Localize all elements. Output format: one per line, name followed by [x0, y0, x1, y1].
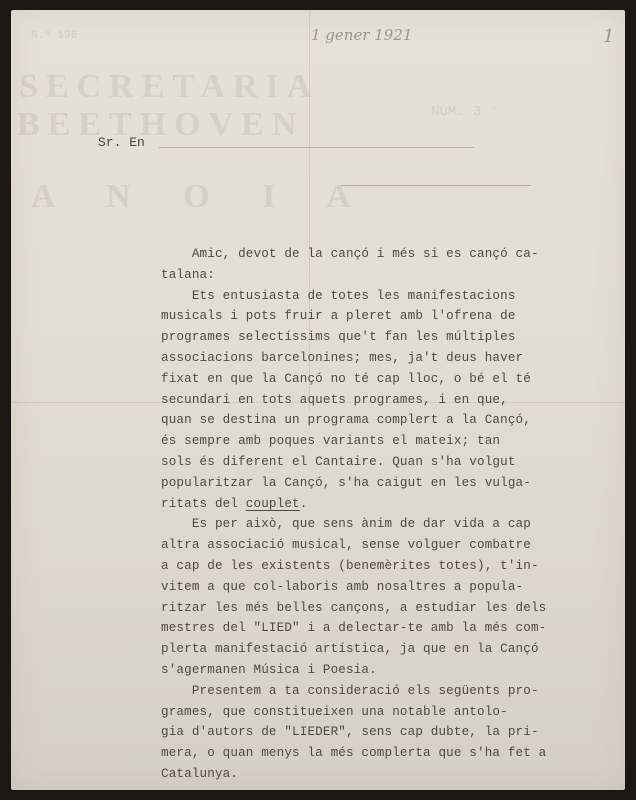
body-line: Ets entusiasta de totes les manifestacio…: [161, 286, 551, 307]
body-line: vitem a que col-laboris amb nosaltres a …: [161, 577, 551, 598]
body-line: grames, que constitueixen una notable an…: [161, 702, 551, 723]
body-line: secundari en tots aquets programes, i en…: [161, 390, 551, 411]
body-line: Catalunya.: [161, 764, 551, 785]
body-line: Es per això, que sens ànim de dar vida a…: [161, 514, 551, 535]
letter-body: Amic, devot de la cançó i més si es canç…: [161, 244, 551, 785]
ghost-stamp: N.º 196: [31, 30, 77, 42]
body-line: Presentem a ta consideració els següents…: [161, 681, 551, 702]
recipient-name-line: [159, 147, 474, 148]
body-line: altra associació musical, sense volguer …: [161, 535, 551, 556]
body-line: s'agermanen Música i Poesia.: [161, 660, 551, 681]
underlined-word: couplet: [246, 497, 300, 511]
body-line: fixat en que la Cançó no té cap lloc, o …: [161, 369, 551, 390]
handwritten-date: 1 gener 1921: [311, 26, 412, 44]
body-line: mera, o quan menys la més complerta que …: [161, 743, 551, 764]
letterhead-ghost-line2: BEETHOVEN: [17, 106, 304, 144]
ghost-stamp-right: NÚM. 3 °: [431, 104, 498, 120]
body-line: talana:: [161, 265, 551, 286]
body-line: sols és diferent el Cantaire. Quan s'ha …: [161, 452, 551, 473]
recipient-address-line: [341, 185, 531, 186]
body-line: és sempre amb poques variants el mateix;…: [161, 431, 551, 452]
letterhead-ghost-line1: SECRETARIA: [19, 68, 319, 106]
letter-page: N.º 196 SECRETARIA BEETHOVEN A N O I A N…: [11, 10, 625, 790]
body-line: musicals i pots fruir a pleret amb l'ofr…: [161, 306, 551, 327]
salutation: Sr. En: [98, 135, 145, 150]
binding-thread: [11, 170, 26, 430]
body-line: gia d'autors de "LIEDER", sens cap dubte…: [161, 722, 551, 743]
body-line: programes selectíssims que't fan les múl…: [161, 327, 551, 348]
body-line: mestres del "LIED" i a delectar-te amb l…: [161, 618, 551, 639]
body-line: quan se destina un programa complert a l…: [161, 410, 551, 431]
body-line: popularitzar la Cançó, s'ha caigut en le…: [161, 473, 551, 494]
body-line-prefix: ritats del: [161, 497, 246, 511]
page-number: 1: [603, 26, 614, 47]
letterhead-ghost-line3: A N O I A: [31, 178, 373, 216]
body-line: Amic, devot de la cançó i més si es canç…: [161, 244, 551, 265]
body-line: associacions barcelonines; mes, ja't deu…: [161, 348, 551, 369]
body-line-couplet: ritats del couplet.: [161, 494, 551, 515]
body-line: plerta manifestació artística, ja que en…: [161, 639, 551, 660]
body-line-suffix: .: [300, 497, 308, 511]
body-line: ritzar les més belles cançons, a estudia…: [161, 598, 551, 619]
body-line: a cap de les existents (benemèrites tote…: [161, 556, 551, 577]
